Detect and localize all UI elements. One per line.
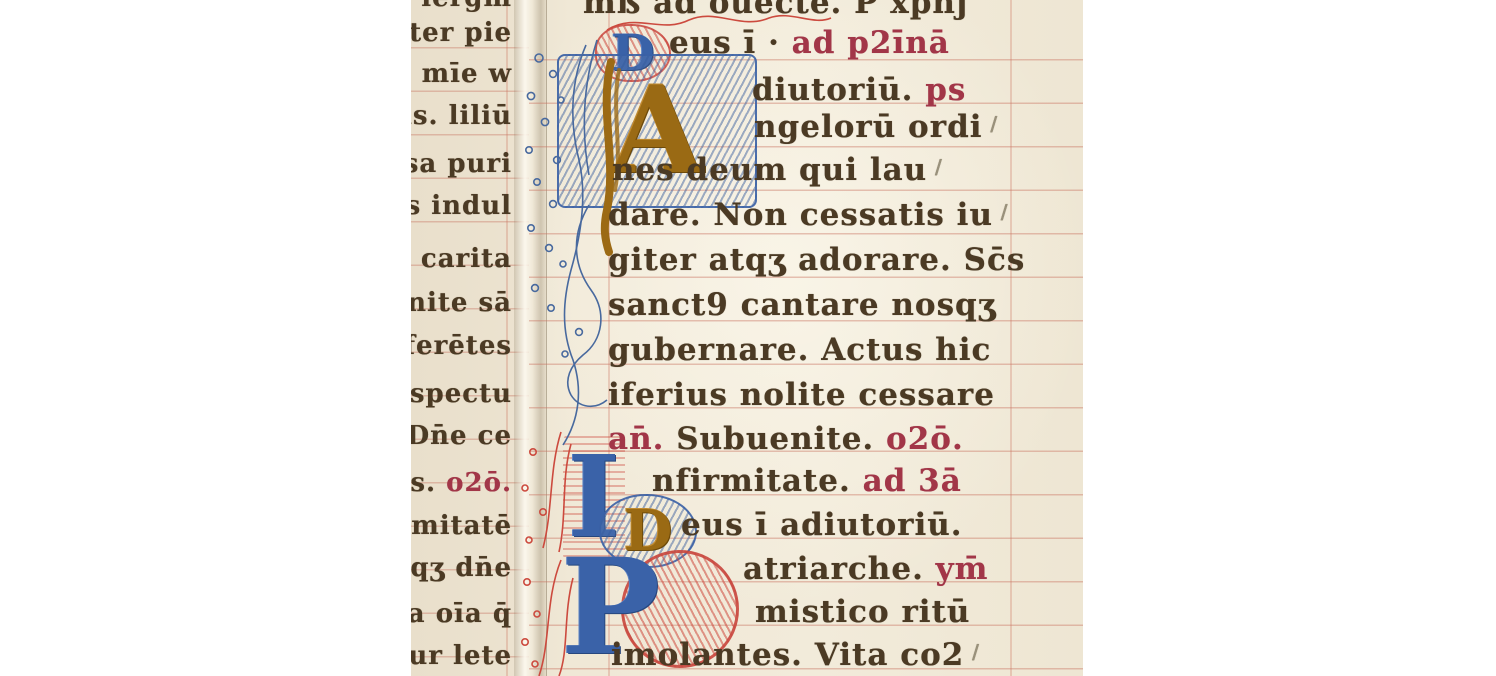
body-text: atriarche. [743, 551, 924, 587]
body-text: / [993, 200, 1009, 223]
rubric-text: ad p2īnā [780, 25, 950, 61]
rubric-text: o2ō. [886, 421, 964, 457]
text-line: gubernare. Actus hic [608, 335, 991, 366]
text-line: eus ī · ad p2īnā [669, 28, 950, 59]
screenshot-canvas: D A I D P iergm̄x mater pieis mīe wstati… [0, 0, 1496, 676]
body-text: nes deum qui lau [612, 152, 927, 188]
text-line: imolantes. Vita co2 / [611, 640, 980, 671]
rubric-text: ym̄ [924, 551, 989, 587]
body-text: gubernare. Actus hic [608, 332, 991, 368]
text-line: ngelorū ordi / [754, 112, 998, 143]
body-text: mistico ritū [755, 594, 970, 630]
body-text: dare. Non cessatis iu [608, 197, 993, 233]
body-text: imolantes. Vita co2 [611, 637, 964, 673]
text-line: sanct9 cantare nosqʒ [608, 290, 996, 321]
body-text: eus ī adiutoriū. [681, 507, 963, 543]
text-line: nes deum qui lau / [612, 155, 943, 186]
manuscript-photo: D A I D P iergm̄x mater pieis mīe wstati… [411, 0, 1083, 676]
body-text: Subuenite. [664, 421, 886, 457]
body-text: ngelorū ordi [754, 109, 983, 145]
body-text: nfirmitate. [652, 463, 851, 499]
body-text: diutoriū. [752, 72, 913, 108]
text-line: dare. Non cessatis iu / [608, 200, 1009, 231]
text-line: iferius nolite cessare [608, 380, 995, 411]
body-text: / [983, 112, 999, 135]
body-text: mß ad ouecte. P xpn̄j [583, 0, 968, 21]
text-line: mistico ritū [755, 597, 970, 628]
text-line: an̄. Subuenite. o2ō. [608, 424, 964, 455]
body-text: iferius nolite cessare [608, 377, 995, 413]
right-page-text-column: mß ad ouecte. P xpn̄jeus ī · ad p2īnādiu… [411, 0, 1083, 676]
body-text: / [927, 155, 943, 178]
text-line: nfirmitate. ad 3ā [652, 466, 962, 497]
body-text: giter atqʒ adorare. Sc̄s [608, 242, 1025, 278]
body-text: / [964, 640, 980, 663]
rubric-text: ps [913, 72, 966, 108]
rubric-text: ad 3ā [851, 463, 962, 499]
text-line: diutoriū. ps [752, 75, 966, 106]
text-line: mß ad ouecte. P xpn̄j [583, 0, 968, 19]
text-line: giter atqʒ adorare. Sc̄s [608, 245, 1025, 276]
text-line: eus ī adiutoriū. [681, 510, 963, 541]
body-text: sanct9 cantare nosqʒ [608, 287, 996, 323]
text-line: atriarche. ym̄ [743, 554, 988, 585]
body-text: eus ī · [669, 25, 780, 61]
rubric-text: an̄. [608, 421, 664, 457]
